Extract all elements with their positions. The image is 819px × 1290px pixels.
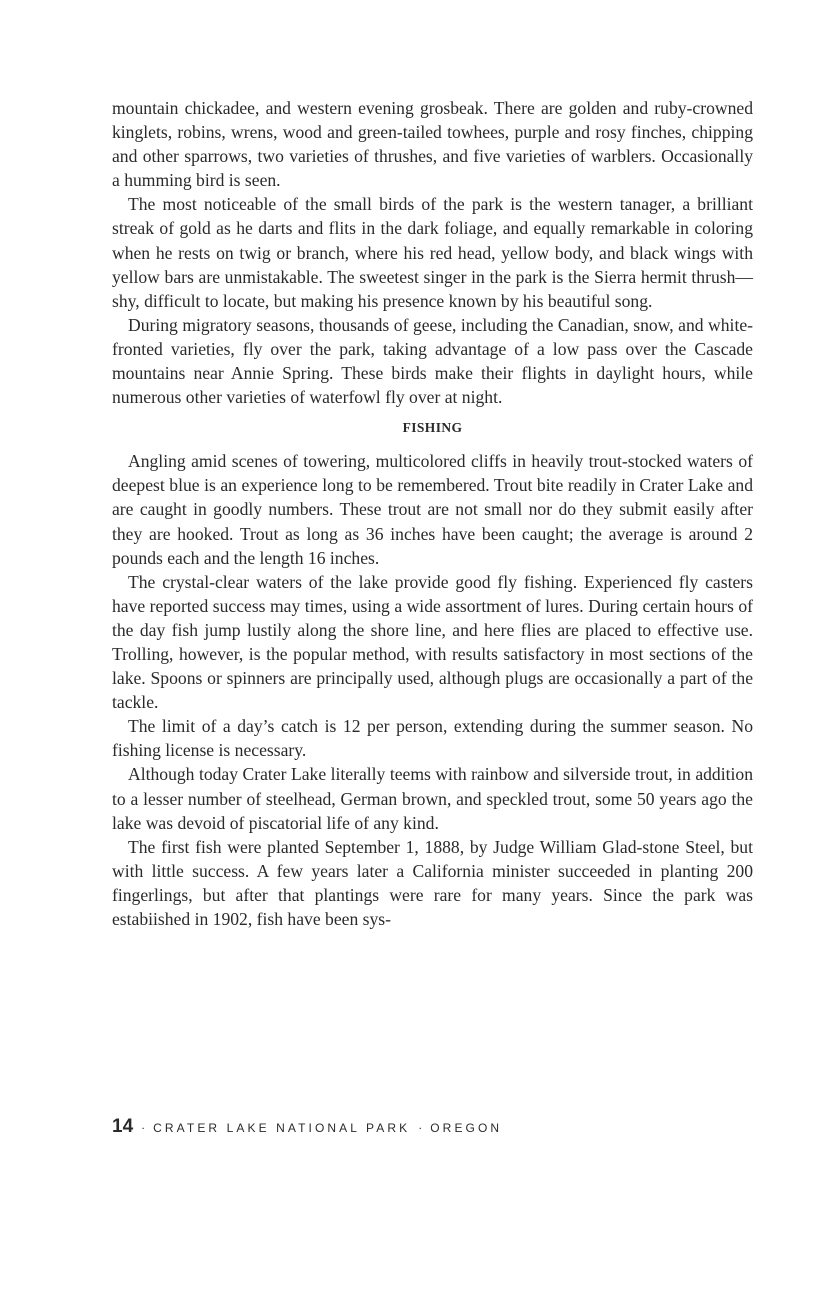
paragraph-angling: Angling amid scenes of towering, multico… [112,449,753,569]
paragraph-first-fish-planted: The first fish were planted September 1,… [112,835,753,931]
running-head-region: OREGON [430,1121,502,1135]
paragraph-fly-fishing: The crystal-clear waters of the lake pro… [112,570,753,715]
page-body: mountain chickadee, and western evening … [112,96,753,931]
paragraph-migratory-geese: During migratory seasons, thousands of g… [112,313,753,409]
page-footer: 14 · CRATER LAKE NATIONAL PARK · OREGON [112,1116,502,1138]
paragraph-trout-varieties: Although today Crater Lake literally tee… [112,762,753,834]
paragraph-catch-limit: The limit of a day’s catch is 12 per per… [112,714,753,762]
footer-separator: · [141,1121,145,1136]
section-heading-fishing: FISHING [112,416,753,440]
running-head-title: CRATER LAKE NATIONAL PARK [153,1121,410,1135]
footer-separator: · [418,1121,422,1136]
paragraph-western-tanager: The most noticeable of the small birds o… [112,192,753,312]
paragraph-birds-list: mountain chickadee, and western evening … [112,96,753,192]
page-number: 14 [112,1116,133,1138]
